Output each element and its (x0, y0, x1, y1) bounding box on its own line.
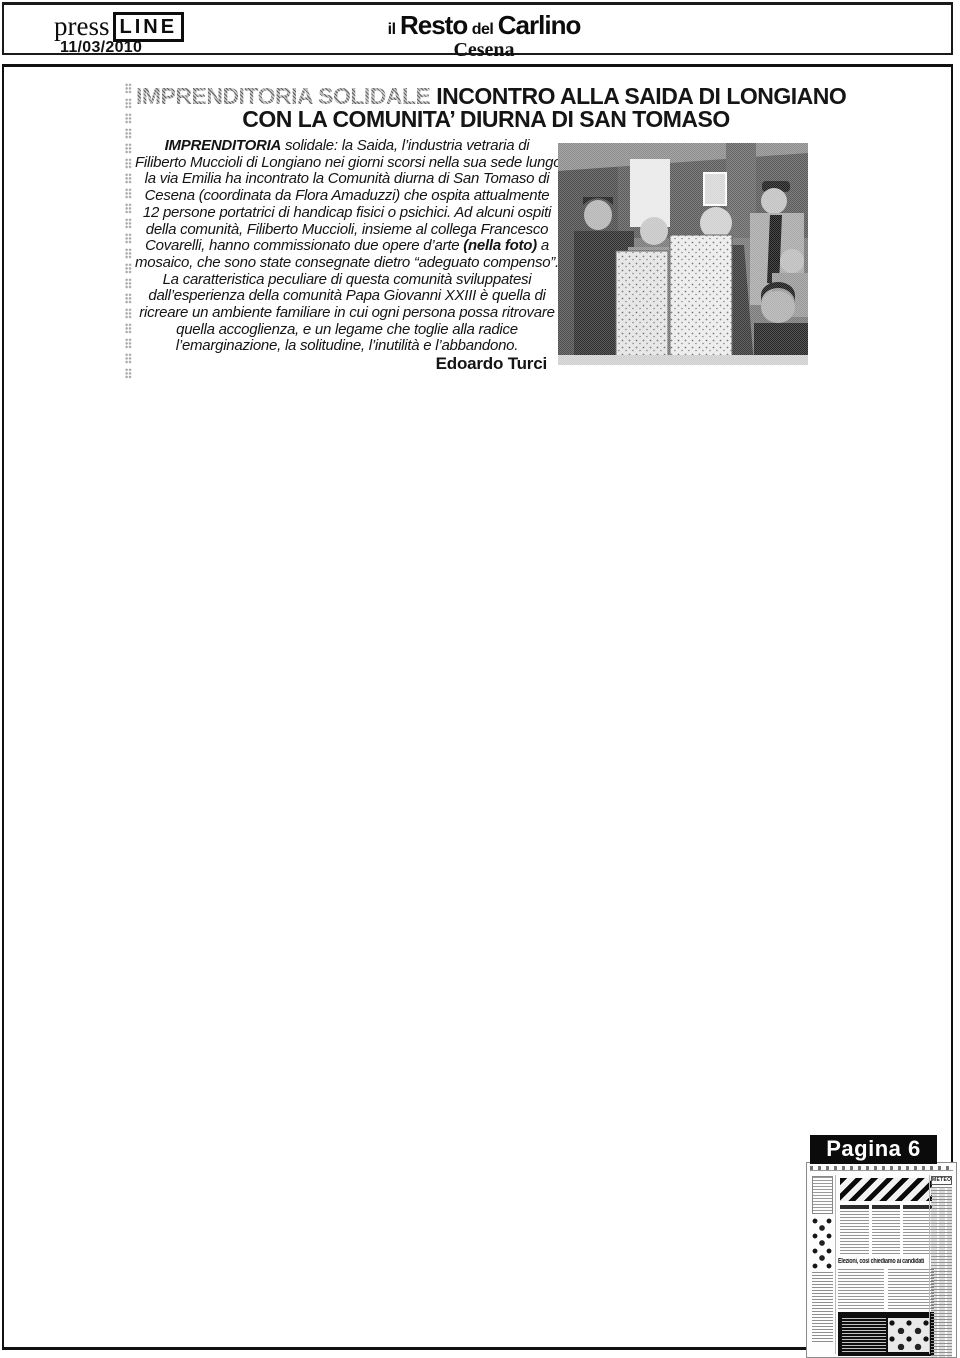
thumbnail-left-text (812, 1272, 833, 1342)
newspaper-page-thumbnail: Elezioni, così chiediamo ai candidati ME… (806, 1162, 957, 1358)
edge-mark (125, 323, 132, 334)
thumbnail-top-graphic (840, 1178, 932, 1201)
edge-marks (125, 83, 132, 379)
clipping-header: press LINE 11/03/2010 il Resto del Carli… (2, 2, 953, 55)
masthead-logo: il Resto del Carlino (324, 10, 644, 41)
masthead-word-resto: Resto (400, 10, 467, 40)
article-body-line: Covarelli, hanno commissionato due opere… (135, 238, 559, 255)
edge-mark (125, 98, 132, 109)
clipping-date: 11/03/2010 (60, 39, 142, 57)
page-number-badge: Pagina 6 (810, 1135, 937, 1164)
thumbnail-column (838, 1269, 884, 1309)
edge-mark (125, 368, 132, 379)
pressline-press-text: press (54, 11, 110, 42)
edge-mark (125, 83, 132, 94)
edge-mark (125, 158, 132, 169)
pressline-logo: press LINE (54, 11, 184, 42)
edge-mark (125, 338, 132, 349)
thumbnail-column (872, 1205, 901, 1255)
pressline-line-logo: LINE (113, 12, 185, 42)
edge-mark (125, 173, 132, 184)
article-body-line: Cesena (coordinata da Flora Amaduzzi) ch… (135, 188, 559, 205)
edge-mark (125, 293, 132, 304)
article-photo (558, 143, 808, 365)
edge-mark (125, 218, 132, 229)
thumbnail-left-photos (812, 1217, 833, 1269)
article-body-line: della comunità, Filiberto Muccioli, insi… (135, 222, 559, 239)
masthead: il Resto del Carlino Cesena (324, 10, 644, 62)
headline-line2: CON LA COMUNITA’ DIURNA DI SAN TOMASO (136, 108, 836, 131)
article-body-line: dall’esperienza della comunità Papa Giov… (135, 288, 559, 305)
article-kicker: IMPRENDITORIA SOLIDALE (136, 83, 430, 109)
thumbnail-column (840, 1205, 869, 1255)
press-clipping-page: press LINE 11/03/2010 il Resto del Carli… (0, 0, 960, 1358)
article-body: IMPRENDITORIA solidale: la Saida, l’indu… (135, 138, 559, 373)
thumbnail-text-columns-lower (838, 1269, 934, 1309)
edge-mark (125, 278, 132, 289)
article-body-line: mosaico, che sono state consegnate dietr… (135, 255, 559, 272)
edition-name: Cesena (324, 39, 644, 62)
article-body-line: IMPRENDITORIA solidale: la Saida, l’indu… (135, 138, 559, 155)
thumbnail-meteo-label: METEO (931, 1176, 952, 1185)
edge-mark (125, 128, 132, 139)
edge-mark (125, 113, 132, 124)
edge-mark (125, 353, 132, 364)
thumbnail-text-columns (840, 1205, 932, 1255)
edge-mark (125, 248, 132, 259)
article-body-line: quella accoglienza, e un legame che togl… (135, 322, 559, 339)
headline-line1-text: INCONTRO ALLA SAIDA DI LONGIANO (436, 83, 846, 109)
thumbnail-left-column (810, 1175, 836, 1354)
edge-mark (125, 143, 132, 154)
article-body-line: La caratteristica peculiare di questa co… (135, 272, 559, 289)
thumbnail-masthead-strip (810, 1166, 953, 1171)
thumbnail-column (888, 1269, 934, 1309)
edge-mark (125, 188, 132, 199)
edge-mark (125, 263, 132, 274)
edge-mark (125, 203, 132, 214)
article-body-line: la via Emilia ha incontrato la Comunità … (135, 171, 559, 188)
article-body-line: 12 persone portatrici di handicap fisici… (135, 205, 559, 222)
edge-mark (125, 233, 132, 244)
article-headline: IMPRENDITORIA SOLIDALE INCONTRO ALLA SAI… (136, 85, 836, 132)
thumbnail-left-box (812, 1176, 833, 1214)
masthead-word-il: il (388, 21, 396, 38)
headline-line1: IMPRENDITORIA SOLIDALE INCONTRO ALLA SAI… (136, 85, 836, 108)
article-byline: Edoardo Turci (135, 356, 559, 373)
thumbnail-headline: Elezioni, così chiediamo ai candidati (838, 1258, 934, 1267)
article-body-line: l’emarginazione, la solitudine, l’inutil… (135, 338, 559, 355)
edge-mark (125, 308, 132, 319)
article-body-line: ricreare un ambiente familiare in cui og… (135, 305, 559, 322)
thumbnail-column (903, 1205, 932, 1255)
halftone-photo-graphic (558, 143, 808, 365)
thumbnail-right-column: METEO (929, 1175, 953, 1354)
thumbnail-bottom-ad (838, 1312, 934, 1356)
masthead-word-carlino: Carlino (498, 10, 581, 40)
masthead-word-del: del (472, 21, 494, 38)
article-body-line: Filiberto Muccioli di Longiano nei giorn… (135, 155, 559, 172)
